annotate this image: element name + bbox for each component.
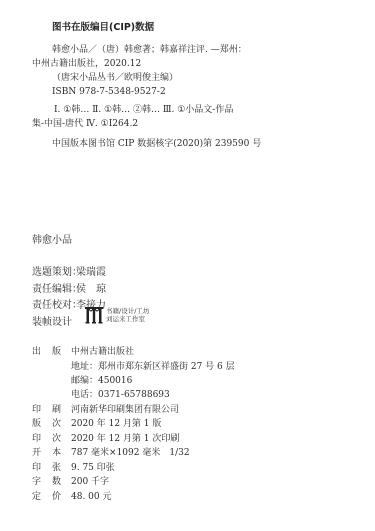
- pub-row-edition: 版 次 2020 年 12 月第 1 版: [32, 418, 332, 430]
- pub-key-2: 张: [52, 462, 61, 474]
- credit-editor: 责任编辑：侯 琼: [32, 280, 106, 295]
- pub-value: 2020 年 12 月第 1 版: [71, 418, 161, 430]
- credit-design: 装帧设计: [32, 313, 76, 328]
- pub-key-2: 版: [52, 346, 61, 358]
- pub-row-printing: 印 次 2020 年 12 月第 1 次印刷: [32, 433, 332, 445]
- pub-row-word-count: 字 数 200 千字: [32, 476, 332, 488]
- studio-line-2: 刘运来工作室: [106, 315, 149, 323]
- cip-line-title: 韩愈小品／（唐）韩愈著；韩嘉祥注评. —郑州：: [52, 44, 247, 56]
- pub-value: 9. 75 印张: [71, 462, 115, 474]
- credit-label: 责任校对：: [32, 296, 76, 311]
- credit-label: 选题策划：: [32, 263, 76, 278]
- studio-line-1: 书籍/设计/工坊: [106, 307, 149, 315]
- pub-key-1: 印: [32, 462, 41, 474]
- pub-key-2: 数: [52, 476, 61, 488]
- publisher-postcode: 邮编：450016: [71, 375, 132, 387]
- cip-line-series: （唐宋小品丛书／欧明俊主编）: [52, 72, 178, 84]
- pub-row-publisher: 出 版 中州古籍出版社: [32, 346, 332, 358]
- pub-key-1: 印: [32, 433, 41, 445]
- pub-value: 787 毫米×1092 毫米 1/32: [71, 447, 190, 459]
- pub-row-printer: 印 刷 河南新华印刷集团有限公司: [32, 404, 332, 416]
- design-studio-logo: 书籍/设计/工坊 刘运来工作室: [85, 306, 149, 324]
- cip-line-classification-cont: 集-中国-唐代 Ⅳ. ①I264.2: [32, 118, 138, 130]
- cip-heading: 图书在版编目(CIP)数据: [52, 19, 154, 33]
- cip-line-classification: Ⅰ. ①韩… Ⅱ. ①韩… ②韩… Ⅲ. ①小品文-作品: [54, 104, 233, 116]
- pub-key-1: 出: [32, 346, 41, 358]
- pub-row-format: 开 本 787 毫米×1092 毫米 1/32: [32, 447, 332, 459]
- pub-value: 200 千字: [71, 476, 109, 488]
- pub-value: 48. 00 元: [71, 491, 112, 503]
- pub-row-price: 定 价 48. 00 元: [32, 491, 332, 503]
- credit-value: 侯 琼: [76, 280, 106, 295]
- credit-planning: 选题策划：梁瑞霞: [32, 263, 106, 278]
- pub-value: 河南新华印刷集团有限公司: [71, 404, 179, 416]
- pub-value: 2020 年 12 月第 1 次印刷: [71, 433, 179, 445]
- pub-key-1: 印: [32, 404, 41, 416]
- studio-m-logo-icon: [85, 306, 103, 324]
- pub-key-2: 次: [52, 433, 61, 445]
- pub-key-1: 定: [32, 491, 41, 503]
- pub-key-2: 刷: [52, 404, 61, 416]
- pub-value: 中州古籍出版社: [71, 346, 134, 358]
- pub-row-sheets: 印 张 9. 75 印张: [32, 462, 332, 474]
- credit-label: 装帧设计: [32, 313, 76, 328]
- publisher-phone: 电话：0371-65788693: [71, 389, 170, 401]
- pub-key-2: 本: [52, 447, 61, 459]
- pub-key-1: 字: [32, 476, 41, 488]
- credit-value: 梁瑞霞: [76, 263, 106, 278]
- pub-key-1: 开: [32, 447, 41, 459]
- cip-line-isbn: ISBN 978-7-5348-9527-2: [52, 86, 166, 98]
- pub-key-1: 版: [32, 418, 41, 430]
- cip-line-publisher: 中州古籍出版社，2020.12: [32, 58, 141, 70]
- cip-line-data-number: 中国版本图书馆 CIP 数据核字(2020)第 239590 号: [52, 138, 261, 150]
- pub-key-2: 价: [52, 491, 61, 503]
- book-title: 韩愈小品: [32, 231, 72, 246]
- pub-key-2: 次: [52, 418, 61, 430]
- studio-name: 书籍/设计/工坊 刘运来工作室: [106, 307, 149, 323]
- publisher-address: 地址：郑州市郑东新区祥盛街 27 号 6 层: [71, 361, 235, 373]
- credit-label: 责任编辑：: [32, 280, 76, 295]
